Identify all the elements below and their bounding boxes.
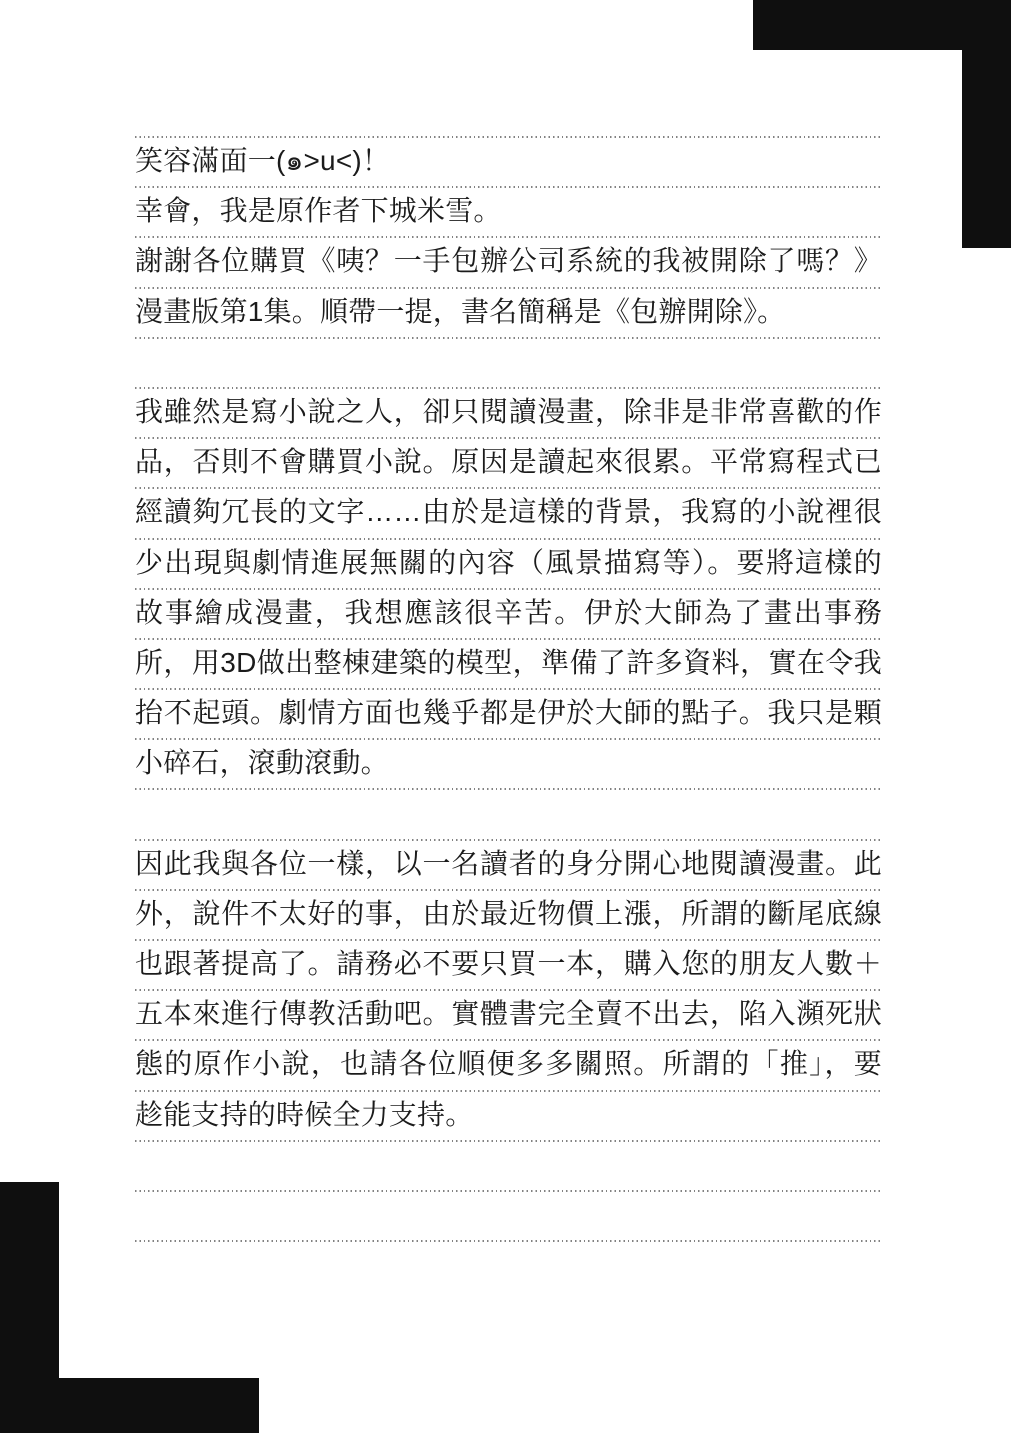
text-line: 外，說件不太好的事，由於最近物價上漲，所謂的斷尾底線: [135, 889, 882, 939]
text-line: 謝謝各位購買《咦？一手包辦公司系統的我被開除了嗎？》: [135, 236, 882, 286]
text-line-kaomoji: 笑容滿面一(๑>u<)！: [135, 136, 882, 186]
text-line: 我雖然是寫小說之人，卻只閱讀漫畫，除非是非常喜歡的作: [135, 387, 882, 437]
text-line: 因此我與各位一樣，以一名讀者的身分開心地閱讀漫畫。此: [135, 839, 882, 889]
text-line: 少出現與劇情進展無關的內容（風景描寫等）。要將這樣的: [135, 538, 882, 588]
text-line: 也跟著提高了。請務必不要只買一本，購入您的朋友人數＋: [135, 939, 882, 989]
text-line: 態的原作小說，也請各位順便多多關照。所謂的「推」，要: [135, 1039, 882, 1089]
text-line: 故事繪成漫畫，我想應該很辛苦。伊於大師為了畫出事務: [135, 588, 882, 638]
empty-ruled-line: [135, 788, 882, 838]
empty-ruled-line: [135, 1140, 882, 1190]
text-line: 漫畫版第1集。順帶一提，書名簡稱是《包辦開除》。: [135, 287, 882, 337]
text-line: 小碎石，滾動滾動。: [135, 738, 882, 788]
empty-ruled-line: [135, 337, 882, 387]
text-line-greeting: 幸會，我是原作者下城米雪。: [135, 186, 882, 236]
text-line: 抬不起頭。劇情方面也幾乎都是伊於大師的點子。我只是顆: [135, 688, 882, 738]
corner-decoration-bottom-left-horizontal: [0, 1378, 259, 1433]
text-line: 所，用3D做出整棟建築的模型，準備了許多資料，實在令我: [135, 638, 882, 688]
afterword-text-block: 笑容滿面一(๑>u<)！ 幸會，我是原作者下城米雪。 謝謝各位購買《咦？一手包辦…: [135, 136, 882, 1242]
text-line: 五本來進行傳教活動吧。實體書完全賣不出去，陷入瀕死狀: [135, 989, 882, 1039]
text-line: 趁能支持的時候全力支持。: [135, 1090, 882, 1140]
empty-ruled-line: [135, 1190, 882, 1240]
corner-decoration-top-right-vertical: [962, 0, 1011, 248]
ruled-line-final: [135, 1240, 882, 1242]
text-line: 經讀夠冗長的文字……由於是這樣的背景，我寫的小說裡很: [135, 487, 882, 537]
text-line: 品，否則不會購買小說。原因是讀起來很累。平常寫程式已: [135, 437, 882, 487]
afterword-page: 笑容滿面一(๑>u<)！ 幸會，我是原作者下城米雪。 謝謝各位購買《咦？一手包辦…: [0, 0, 1011, 1433]
